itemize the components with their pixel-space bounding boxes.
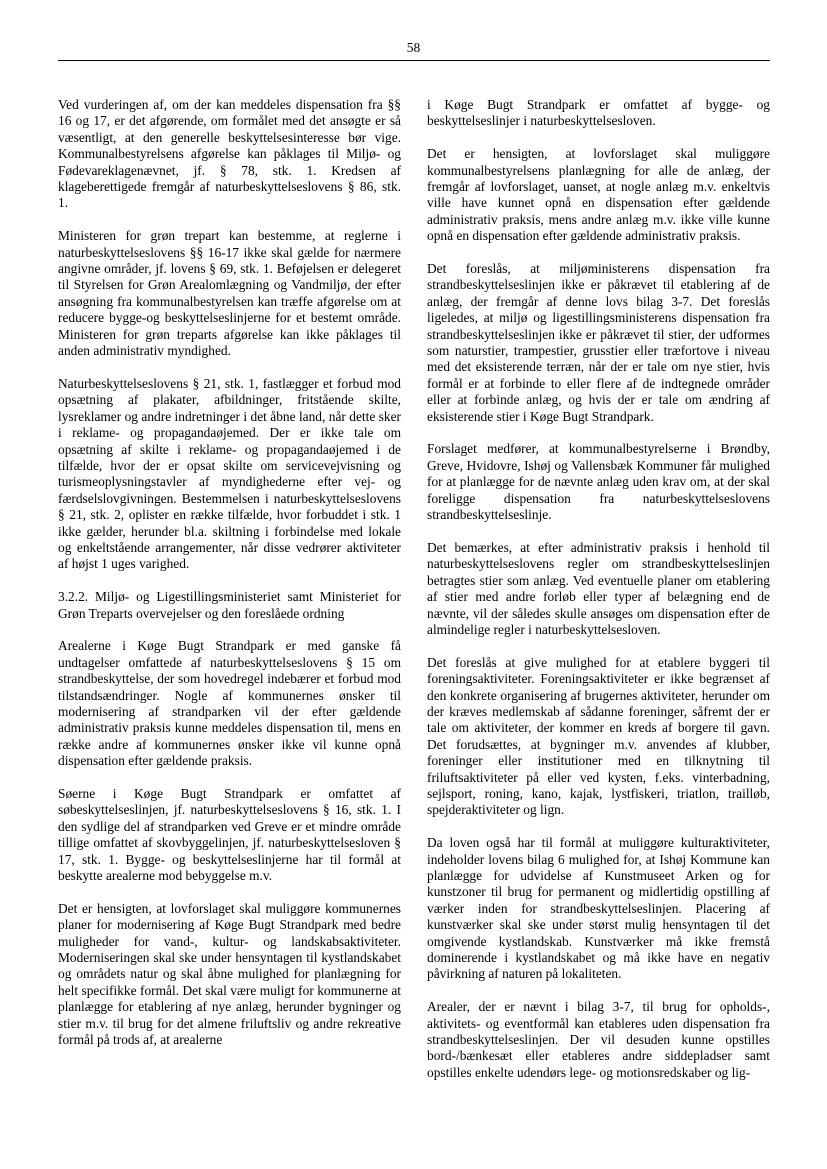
- two-column-body: Ved vurderingen af, om der kan meddeles …: [58, 97, 770, 1098]
- paragraph: i Køge Bugt Strandpark er omfattet af by…: [427, 97, 770, 130]
- page-number: 58: [0, 40, 827, 56]
- paragraph: Søerne i Køge Bugt Strandpark er omfatte…: [58, 786, 401, 884]
- paragraph: Da loven også har til formål at muliggør…: [427, 835, 770, 983]
- document-page: 58 Ved vurderingen af, om der kan meddel…: [0, 0, 827, 1169]
- paragraph: Forslaget medfører, at kommunalbestyrels…: [427, 441, 770, 523]
- paragraph: Det er hensigten, at lovforslaget skal m…: [427, 146, 770, 244]
- paragraph: Arealer, der er nævnt i bilag 3-7, til b…: [427, 999, 770, 1081]
- paragraph: Naturbeskyttelseslovens § 21, stk. 1, fa…: [58, 376, 401, 573]
- paragraph: Ved vurderingen af, om der kan meddeles …: [58, 97, 401, 212]
- section-heading: 3.2.2. Miljø- og Ligestillingsministerie…: [58, 589, 401, 622]
- header-rule: [58, 60, 770, 61]
- paragraph: Det er hensigten, at lovforslaget skal m…: [58, 901, 401, 1049]
- paragraph: Det foreslås at give mulighed for at eta…: [427, 655, 770, 819]
- paragraph: Ministeren for grøn trepart kan bestemme…: [58, 228, 401, 359]
- paragraph: Arealerne i Køge Bugt Strandpark er med …: [58, 638, 401, 769]
- left-column: Ved vurderingen af, om der kan meddeles …: [58, 97, 401, 1098]
- right-column: i Køge Bugt Strandpark er omfattet af by…: [427, 97, 770, 1098]
- paragraph: Det foreslås, at miljøministerens dispen…: [427, 261, 770, 425]
- paragraph: Det bemærkes, at efter administrativ pra…: [427, 540, 770, 638]
